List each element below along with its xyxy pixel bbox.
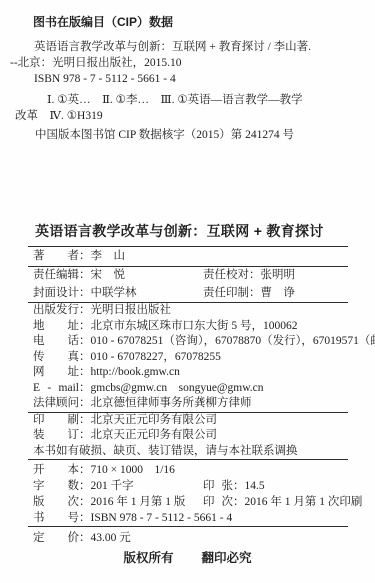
cip-heading: 图书在版编目（CIP）数据 — [0, 14, 375, 30]
copyright-reserved-text: 版权所有 — [123, 550, 173, 566]
field-label: 印次 — [203, 494, 233, 510]
field: 印刷：北京天正元印务有限公司 — [33, 413, 217, 429]
designer-row: 封面设计：中联学林 责任印制：曹 诤 — [0, 285, 375, 303]
field-value: 010 - 67078251（咨询），67078870（发行），67019571… — [91, 335, 375, 347]
field: 电话：010 - 67078251（咨询），67078870（发行），67019… — [33, 334, 375, 350]
colon: ： — [79, 269, 91, 281]
price-row: 定价：43.00 元 — [0, 527, 375, 547]
field-label: 书号 — [33, 510, 79, 526]
author-row: 著者：李 山 — [0, 247, 375, 266]
field-label: 字数 — [33, 478, 79, 494]
field-label: 著者 — [33, 249, 79, 264]
field: 传真：010 - 67078227，67078255 — [33, 350, 221, 366]
field-label: 开本 — [33, 462, 79, 478]
field-label: 责任印制 — [203, 285, 249, 303]
legal-counsel-row: 法律顾问：北京德恒律师事务所龚柳方律师 — [0, 396, 375, 412]
email-row: E - mail：gmcbs@gmw.cn songyue@gmw.cn — [0, 381, 375, 397]
editor-row: 责任编辑：宋 悦 责任校对：张明明 — [0, 267, 375, 285]
field-label: E - mail — [33, 381, 79, 397]
cip-isbn-line: ISBN 978 - 7 - 5112 - 5661 - 4 — [0, 71, 375, 87]
field-label: 出版发行 — [33, 303, 79, 319]
field: 出版发行：光明日报出版社 — [33, 303, 171, 319]
colon: ： — [79, 250, 91, 262]
colon: ： — [233, 496, 245, 508]
cip-publisher-line: --北京：光明日报出版社，2015.10 — [0, 55, 375, 71]
field-label: 地址 — [33, 319, 79, 335]
book-title: 英语语言教学改革与创新：互联网 + 教育探讨 — [0, 221, 375, 241]
field-label: 印刷 — [33, 413, 79, 429]
colon: ： — [79, 429, 91, 441]
field: 网址：http://book.gmw.cn — [33, 365, 180, 381]
colon: ： — [79, 351, 91, 363]
field-value: 2016 年 1 月第 1 版 — [91, 496, 186, 508]
field: 责任校对：张明明 — [203, 267, 295, 285]
cip-record-number-line: 中国版本图书馆 CIP 数据核字（2015）第 241274 号 — [0, 127, 375, 143]
colon: ： — [79, 512, 91, 524]
colon: ： — [79, 397, 91, 409]
field-value: 2016 年 1 月第 1 次印刷 — [245, 496, 363, 508]
field-value: 李 山 — [91, 250, 126, 262]
field-value: 张明明 — [261, 269, 296, 281]
field: 定价：43.00 元 — [33, 530, 131, 547]
field-value: 北京天正元印务有限公司 — [91, 429, 218, 441]
field-label: 网址 — [33, 365, 79, 381]
printer-row: 印刷：北京天正元印务有限公司 — [0, 413, 375, 429]
field-value: http://book.gmw.cn — [91, 366, 180, 378]
colon: ： — [79, 382, 91, 394]
spec-block: 开本：710 × 1000 1/16 字数：201 千字 印张：14.5 版次：… — [0, 460, 375, 526]
website-row: 网址：http://book.gmw.cn — [0, 365, 375, 381]
field: 书号：ISBN 978 - 7 - 5112 - 5661 - 4 — [33, 510, 232, 526]
field-value: 北京市东城区珠市口东大街 5 号，100062 — [91, 320, 298, 332]
phone-row: 电话：010 - 67078251（咨询），67078870（发行），67019… — [0, 334, 375, 350]
copyright-page: 图书在版编目（CIP）数据 英语语言教学改革与创新：互联网 + 教育探讨 / 李… — [0, 0, 375, 583]
field: 著者：李 山 — [33, 249, 125, 264]
edition-row: 版次：2016 年 1 月第 1 版 印次：2016 年 1 月第 1 次印刷 — [0, 494, 375, 510]
colon: ： — [79, 320, 91, 332]
field-label: 责任编辑 — [33, 267, 79, 285]
field-value: 北京德恒律师事务所龚柳方律师 — [91, 397, 252, 409]
field-value: 010 - 67078227，67078255 — [91, 351, 221, 363]
fax-row: 传真：010 - 67078227，67078255 — [0, 350, 375, 366]
field: 装订：北京天正元印务有限公司 — [33, 428, 217, 444]
field: 封面设计：中联学林 — [33, 285, 203, 303]
damage-notice: 本书如有破损、缺页、装订错误，请与本社联系调换 — [0, 444, 375, 460]
field: 责任编辑：宋 悦 — [33, 267, 203, 285]
field-value: 201 千字 — [91, 480, 134, 492]
colon: ： — [79, 366, 91, 378]
cip-classification-line-2: 改革 Ⅳ. ①H319 — [0, 108, 375, 124]
field: 开本：710 × 1000 1/16 — [33, 462, 175, 478]
colon: ： — [79, 532, 91, 544]
field-label: 传真 — [33, 350, 79, 366]
field: 法律顾问：北京德恒律师事务所龚柳方律师 — [33, 396, 252, 412]
colon: ： — [233, 480, 245, 492]
field-value: gmcbs@gmw.cn songyue@gmw.cn — [91, 382, 264, 394]
field-label: 电话 — [33, 334, 79, 350]
field-value: 中联学林 — [91, 287, 137, 299]
field-value: 14.5 — [245, 480, 265, 492]
field-value: 宋 悦 — [91, 269, 126, 281]
field: 地址：北京市东城区珠市口东大街 5 号，100062 — [33, 319, 298, 335]
binding-row: 装订：北京天正元印务有限公司 — [0, 428, 375, 444]
publisher-row: 出版发行：光明日报出版社 — [0, 303, 375, 319]
field-value: 710 × 1000 1/16 — [91, 464, 175, 476]
field-label: 封面设计 — [33, 285, 79, 303]
field-label: 版次 — [33, 494, 79, 510]
cip-title-line: 英语语言教学改革与创新：互联网 + 教育探讨 / 李山著. — [0, 39, 375, 55]
isbn-row: 书号：ISBN 978 - 7 - 5112 - 5661 - 4 — [0, 510, 375, 526]
field-label: 法律顾问 — [33, 396, 79, 412]
copyright-footer: 版权所有 翻印必究 — [0, 550, 375, 566]
field: E - mail：gmcbs@gmw.cn songyue@gmw.cn — [33, 381, 264, 397]
address-row: 地址：北京市东城区珠市口东大街 5 号，100062 — [0, 319, 375, 335]
colon: ： — [79, 304, 91, 316]
field: 印次：2016 年 1 月第 1 次印刷 — [203, 494, 362, 510]
colon: ： — [249, 269, 261, 281]
field-label: 印张 — [203, 478, 233, 494]
field-value: 43.00 元 — [91, 532, 131, 544]
reprint-prohibited-text: 翻印必究 — [202, 550, 252, 566]
field-value: 曹 诤 — [261, 287, 296, 299]
format-row: 开本：710 × 1000 1/16 — [0, 462, 375, 478]
cip-classification-line-1: Ⅰ. ①英… Ⅱ. ①李… Ⅲ. ①英语—语言教学—教学 — [0, 92, 375, 108]
cip-block: 图书在版编目（CIP）数据 英语语言教学改革与创新：互联网 + 教育探讨 / 李… — [0, 0, 375, 143]
field-value: 北京天正元印务有限公司 — [91, 414, 218, 426]
field: 版次：2016 年 1 月第 1 版 — [33, 494, 203, 510]
field-value: ISBN 978 - 7 - 5112 - 5661 - 4 — [91, 512, 233, 524]
field-label: 装订 — [33, 428, 79, 444]
colon: ： — [79, 287, 91, 299]
colon: ： — [249, 287, 261, 299]
colon: ： — [79, 464, 91, 476]
field: 字数：201 千字 — [33, 478, 203, 494]
colon: ： — [79, 480, 91, 492]
colon: ： — [79, 496, 91, 508]
colon: ： — [79, 335, 91, 347]
field-label: 责任校对 — [203, 267, 249, 285]
wordcount-row: 字数：201 千字 印张：14.5 — [0, 478, 375, 494]
field: 印张：14.5 — [203, 478, 265, 494]
colon: ： — [79, 414, 91, 426]
field: 责任印制：曹 诤 — [203, 285, 295, 303]
field-label: 定价 — [33, 530, 79, 547]
field-value: 光明日报出版社 — [91, 304, 172, 316]
